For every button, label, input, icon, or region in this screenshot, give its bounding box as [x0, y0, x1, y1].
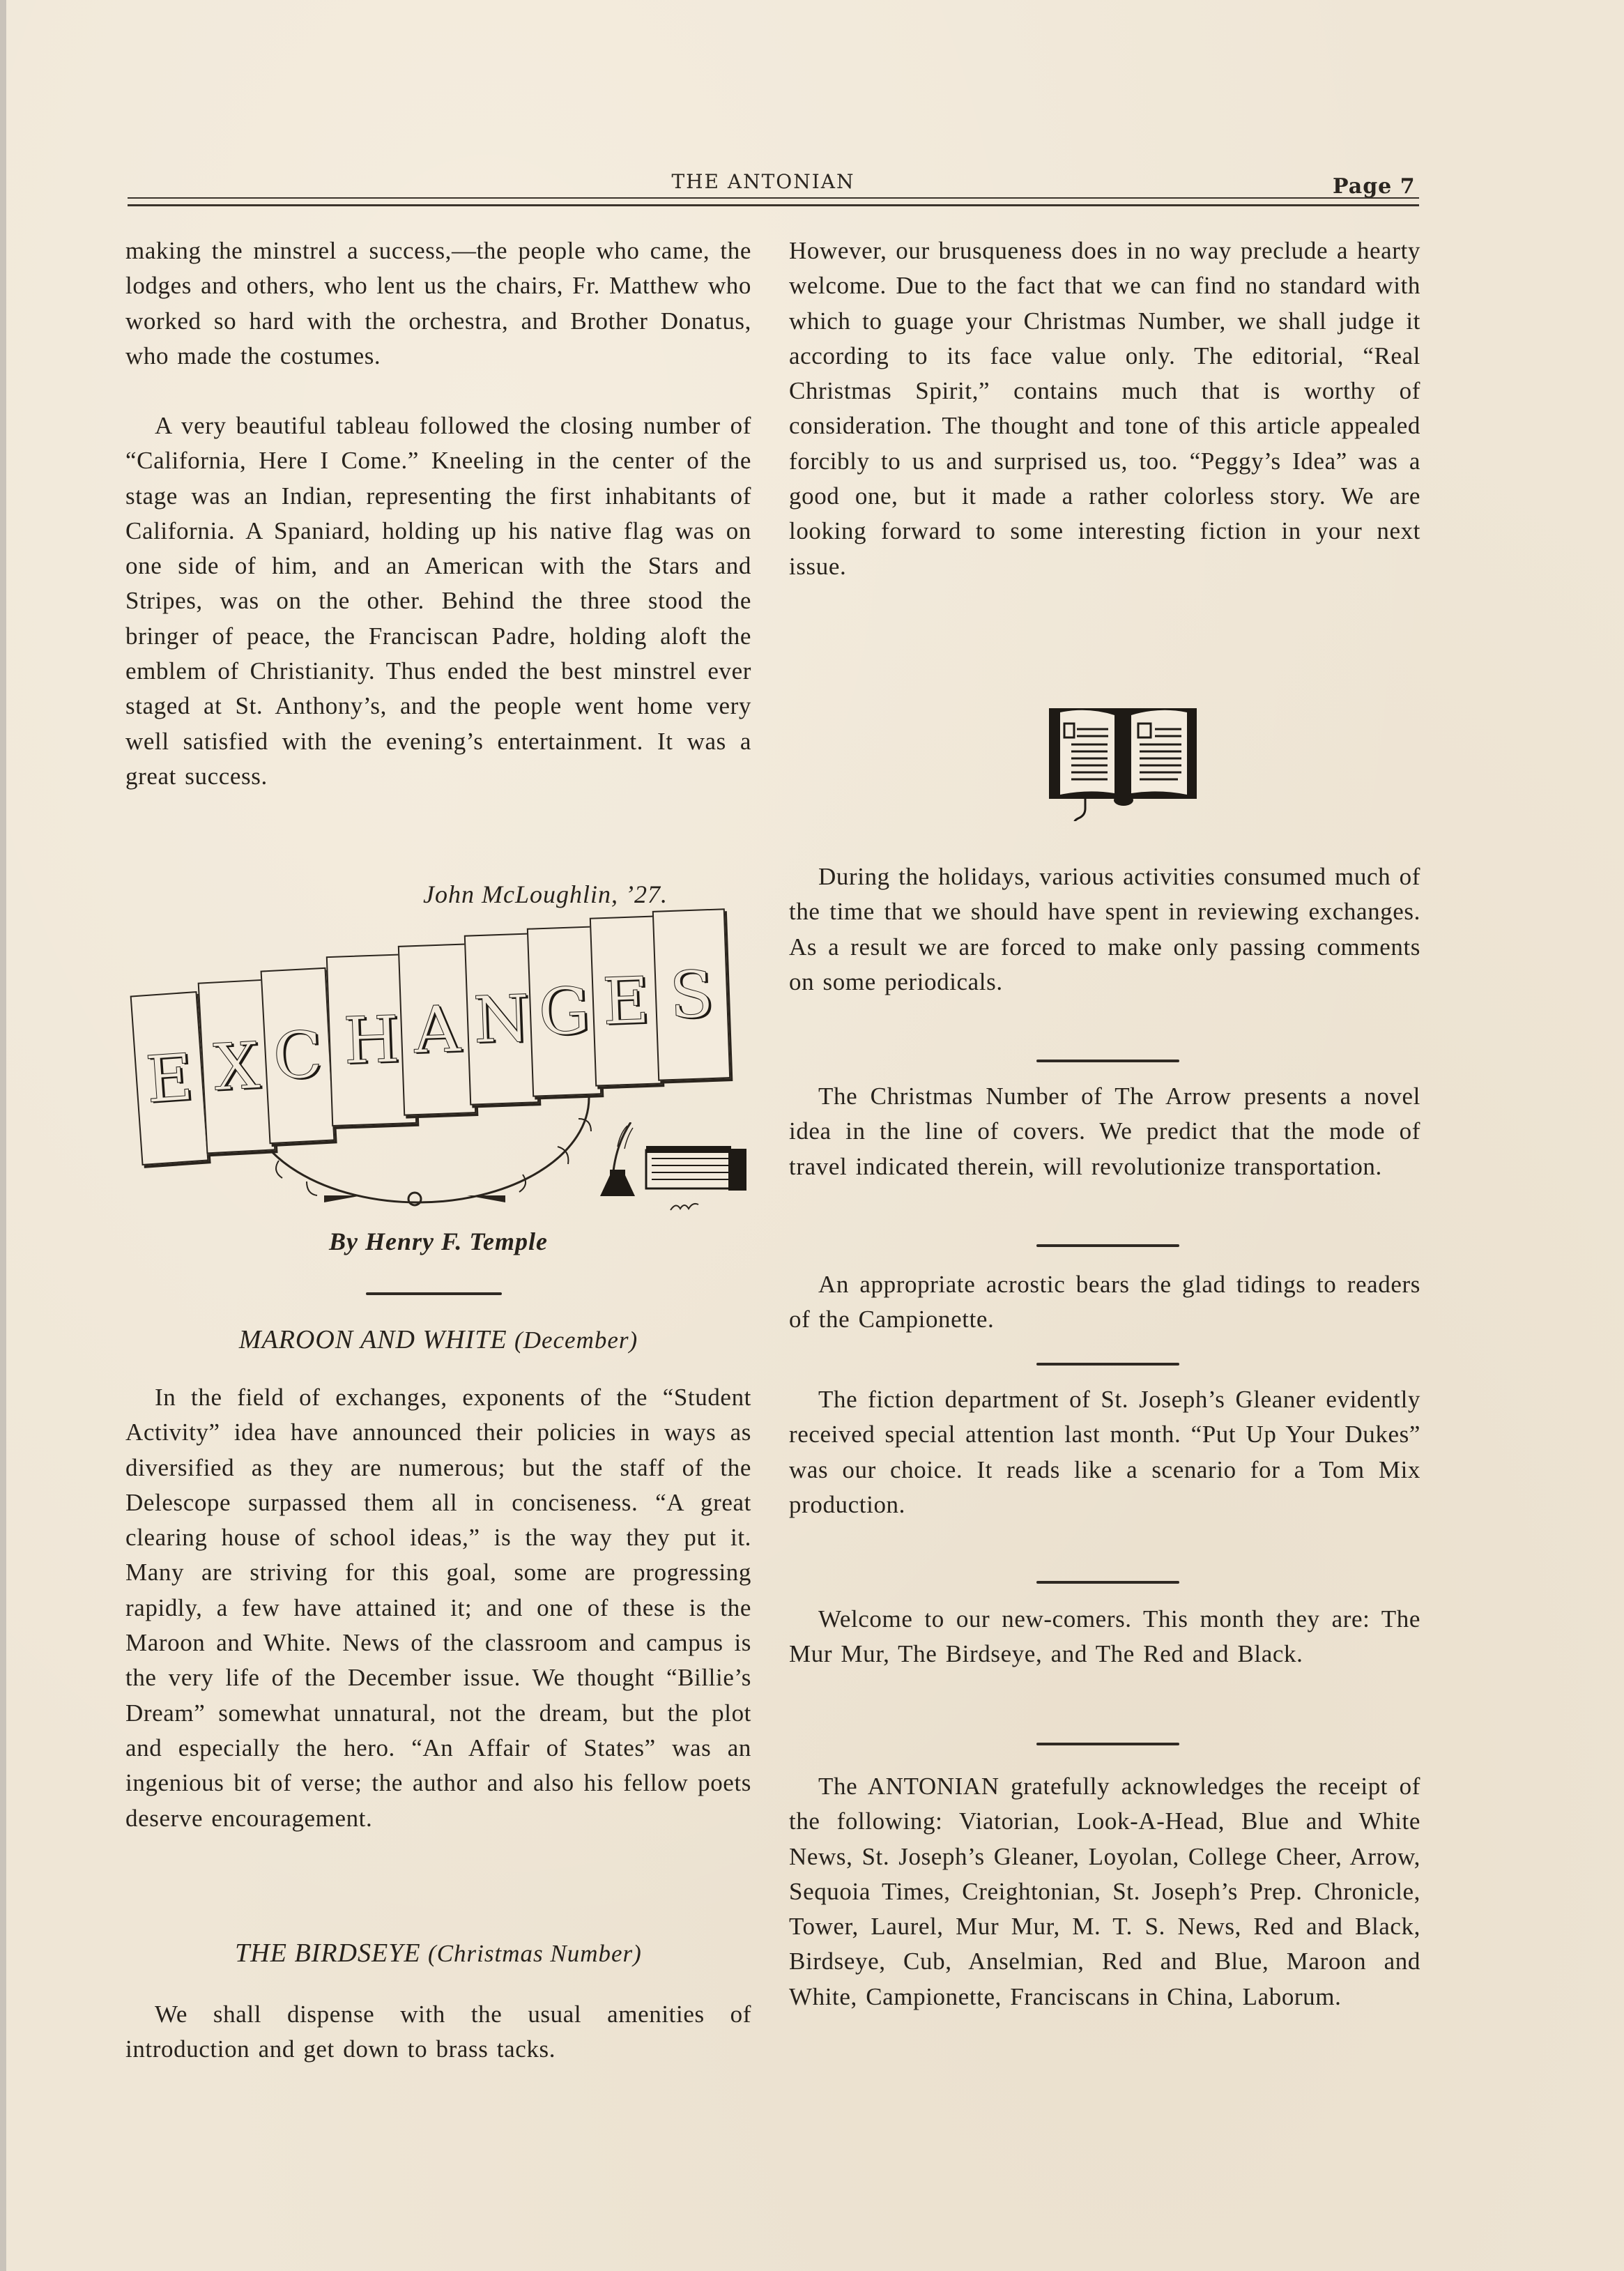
exchanges-banner: E X C H A N G E S [132, 965, 746, 1216]
section-separator [1036, 1743, 1179, 1745]
header-double-rule [128, 197, 1419, 206]
exchange-note-arrow: The Christmas Number of The Arrow presen… [789, 1079, 1420, 1184]
closed-book-icon [645, 1143, 749, 1199]
section-separator [1036, 1244, 1179, 1247]
review-text-birdseye: We shall dispense with the usual ameniti… [125, 1997, 751, 2067]
section-separator [366, 1292, 502, 1295]
exchange-note-gleaner: The fiction department of St. Joseph’s G… [789, 1382, 1420, 1522]
section-separator [1036, 1581, 1179, 1584]
exchange-note-newcomers: Welcome to our new-comers. This month th… [789, 1602, 1420, 1672]
byline: By Henry F. Temple [125, 1227, 751, 1256]
exchange-note-campionette: An appropriate acrostic bears the glad t… [789, 1267, 1420, 1338]
banner-letter-card: A [398, 943, 476, 1115]
section-separator [1036, 1060, 1179, 1062]
banner-letter-card: S [652, 908, 730, 1080]
minstrel-paragraph-2: A very beautiful tableau followed the cl… [125, 408, 751, 794]
scan-edge [0, 0, 6, 2271]
exchange-acknowledgements: The ANTONIAN gratefully acknowledges the… [789, 1769, 1420, 2014]
banner-letter-card: C [261, 968, 335, 1145]
banner-letter-card: E [590, 915, 662, 1086]
birdseye-review-continued: However, our brusqueness does in no way … [789, 234, 1420, 584]
banner-letter-card: E [130, 991, 209, 1165]
open-book-icon [1043, 696, 1204, 821]
artist-signature-mark [669, 1199, 704, 1213]
review-heading-maroon-and-white: MAROON AND WHITE (December) [125, 1324, 751, 1355]
author-signature: John McLoughlin, ’27. [423, 880, 668, 909]
page-number: Page 7 [1333, 174, 1416, 199]
section-separator [1036, 1363, 1179, 1366]
running-header-title: THE ANTONIAN [641, 170, 885, 193]
review-text-maroon-and-white: In the field of exchanges, exponents of … [125, 1380, 751, 1836]
review-heading-birdseye: THE BIRDSEYE (Christmas Number) [125, 1938, 751, 1968]
exchange-note-holidays: During the holidays, various activities … [789, 859, 1420, 1000]
minstrel-paragraph-1: making the minstrel a success,—the peopl… [125, 234, 751, 374]
